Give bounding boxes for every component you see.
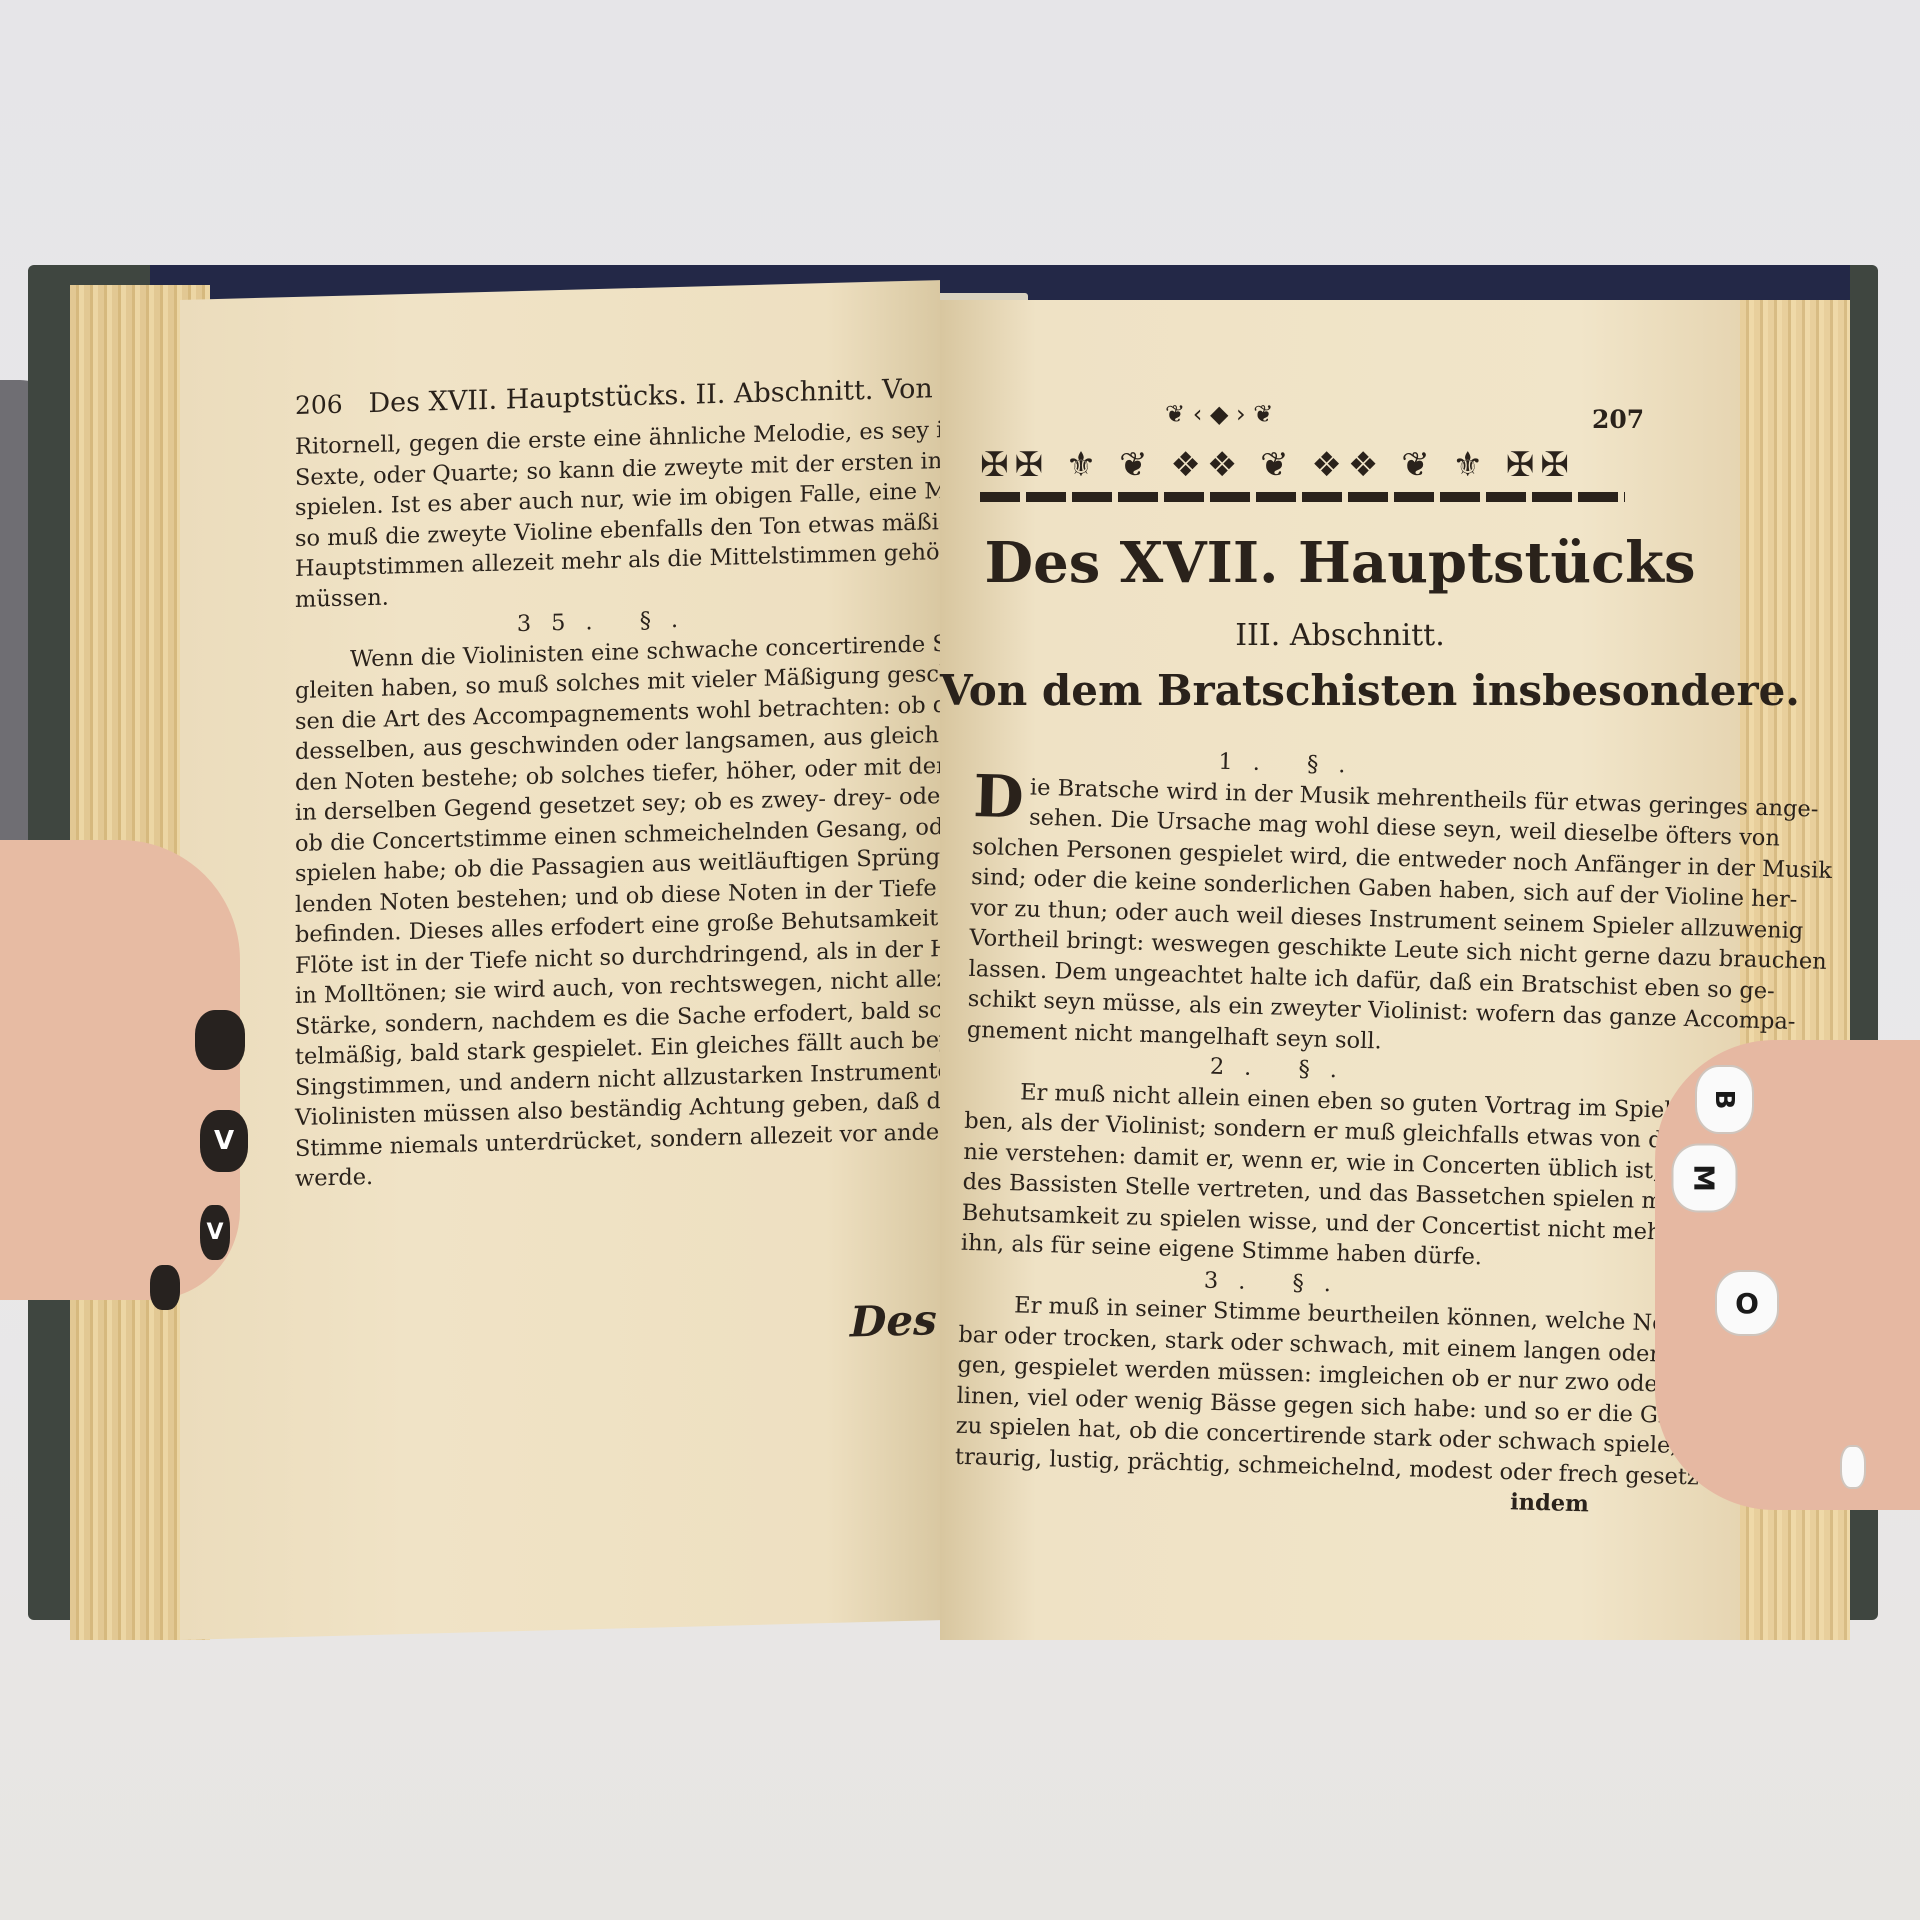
nail: [150, 1265, 180, 1310]
running-head-left: 206 Des XVII. Hauptstücks. II. Abschnitt…: [295, 366, 1037, 422]
chapter-title: Des XVII. Hauptstücks: [940, 530, 1740, 596]
running-head-text: Des XVII. Hauptstücks. II. Abschnitt. Vo…: [368, 371, 1037, 420]
ornament-band: ✠✠ ⚜ ❦ ❖❖ ❦ ❖❖ ❦ ⚜ ✠✠: [980, 445, 1575, 485]
nail: M: [1672, 1144, 1738, 1213]
nail: O: [1715, 1270, 1779, 1336]
left-hand: V V: [0, 840, 240, 1300]
nail: V: [200, 1110, 248, 1172]
drop-cap: D: [973, 770, 1025, 821]
left-page: 206 Des XVII. Hauptstücks. II. Abschnitt…: [180, 280, 940, 1640]
ornamental-rule: [980, 492, 1625, 502]
page-number: 206: [295, 390, 343, 420]
section-title: III. Abschnitt.: [940, 618, 1740, 653]
nail: [1840, 1445, 1866, 1489]
subject-title: Von dem Bratschisten insbesondere.: [940, 666, 1740, 715]
right-hand: B M O: [1655, 1040, 1920, 1510]
right-body: 1. §. D ie Bratsche wird in der Musik me…: [954, 740, 1610, 1520]
page-number: 207: [1592, 405, 1644, 434]
nail: [195, 1010, 245, 1070]
left-body: Ritornell, gegen die erste eine ähnliche…: [295, 416, 920, 1195]
catchword: Des: [850, 1295, 937, 1346]
ornament-top: ❦ ‹ ◆ › ❦: [1165, 400, 1273, 428]
nail: B: [1695, 1065, 1754, 1134]
right-page: ❦ ‹ ◆ › ❦ 207 ✠✠ ⚜ ❦ ❖❖ ❦ ❖❖ ❦ ⚜ ✠✠ Des …: [940, 300, 1740, 1640]
nail: V: [200, 1205, 230, 1260]
